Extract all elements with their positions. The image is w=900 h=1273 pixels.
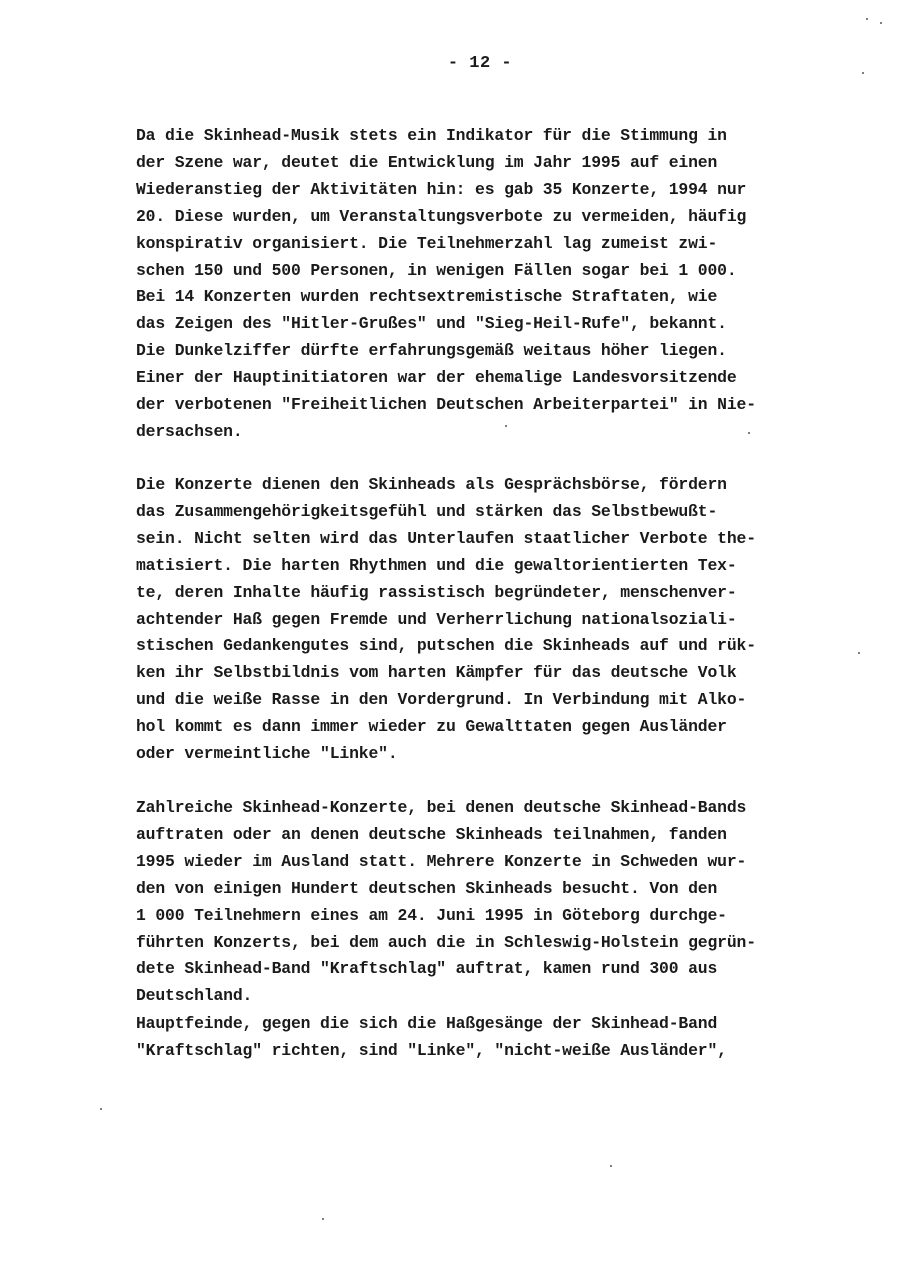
text-line: oder vermeintliche "Linke". (136, 741, 856, 768)
text-line: Hauptfeinde, gegen die sich die Haßgesän… (136, 1011, 856, 1038)
text-line: Einer der Hauptinitiatoren war der ehema… (136, 365, 856, 392)
scan-speck (880, 22, 882, 24)
scan-speck (505, 425, 507, 427)
text-line: schen 150 und 500 Personen, in wenigen F… (136, 258, 856, 285)
paragraph-concerts-abroad: Zahlreiche Skinhead-Konzerte, bei denen … (136, 795, 856, 1010)
text-line: Da die Skinhead-Musik stets ein Indikato… (136, 123, 856, 150)
text-line: auftraten oder an denen deutsche Skinhea… (136, 822, 856, 849)
text-line: 1995 wieder im Ausland statt. Mehrere Ko… (136, 849, 856, 876)
scan-speck (862, 72, 864, 74)
text-line: Die Konzerte dienen den Skinheads als Ge… (136, 472, 856, 499)
text-line: stischen Gedankengutes sind, putschen di… (136, 633, 856, 660)
text-line: hol kommt es dann immer wieder zu Gewalt… (136, 714, 856, 741)
text-line: und die weiße Rasse in den Vordergrund. … (136, 687, 856, 714)
scan-speck (322, 1218, 324, 1220)
text-line: führten Konzerts, bei dem auch die in Sc… (136, 930, 856, 957)
text-line: das Zeigen des "Hitler-Grußes" und "Sieg… (136, 311, 856, 338)
text-line: Die Dunkelziffer dürfte erfahrungsgemäß … (136, 338, 856, 365)
text-line: Wiederanstieg der Aktivitäten hin: es ga… (136, 177, 856, 204)
text-line: ken ihr Selbstbildnis vom harten Kämpfer… (136, 660, 856, 687)
paragraph-concert-function: Die Konzerte dienen den Skinheads als Ge… (136, 472, 856, 768)
text-line: te, deren Inhalte häufig rassistisch beg… (136, 580, 856, 607)
text-line: Bei 14 Konzerten wurden rechtsextremisti… (136, 284, 856, 311)
scan-speck (100, 1108, 102, 1110)
text-line: das Zusammengehörigkeitsgefühl und stärk… (136, 499, 856, 526)
text-line: achtender Haß gegen Fremde und Verherrli… (136, 607, 856, 634)
scan-speck (610, 1165, 612, 1167)
text-line: den von einigen Hundert deutschen Skinhe… (136, 876, 856, 903)
text-line: "Kraftschlag" richten, sind "Linke", "ni… (136, 1038, 856, 1065)
text-line: Zahlreiche Skinhead-Konzerte, bei denen … (136, 795, 856, 822)
page-number: - 12 - (0, 54, 900, 73)
paragraph-main-enemies: Hauptfeinde, gegen die sich die Haßgesän… (136, 1011, 856, 1065)
text-line: 1 000 Teilnehmern eines am 24. Juni 1995… (136, 903, 856, 930)
paragraph-concerts-1995: Da die Skinhead-Musik stets ein Indikato… (136, 123, 856, 446)
text-line: sein. Nicht selten wird das Unterlaufen … (136, 526, 856, 553)
scan-speck (858, 652, 860, 654)
text-line: Deutschland. (136, 983, 856, 1010)
text-line: der Szene war, deutet die Entwicklung im… (136, 150, 856, 177)
text-line: der verbotenen "Freiheitlichen Deutschen… (136, 392, 856, 419)
scan-speck (748, 432, 750, 434)
text-line: 20. Diese wurden, um Veranstaltungsverbo… (136, 204, 856, 231)
text-line: dete Skinhead-Band "Kraftschlag" auftrat… (136, 956, 856, 983)
scan-speck (866, 18, 868, 20)
text-line: matisiert. Die harten Rhythmen und die g… (136, 553, 856, 580)
text-line: konspirativ organisiert. Die Teilnehmerz… (136, 231, 856, 258)
